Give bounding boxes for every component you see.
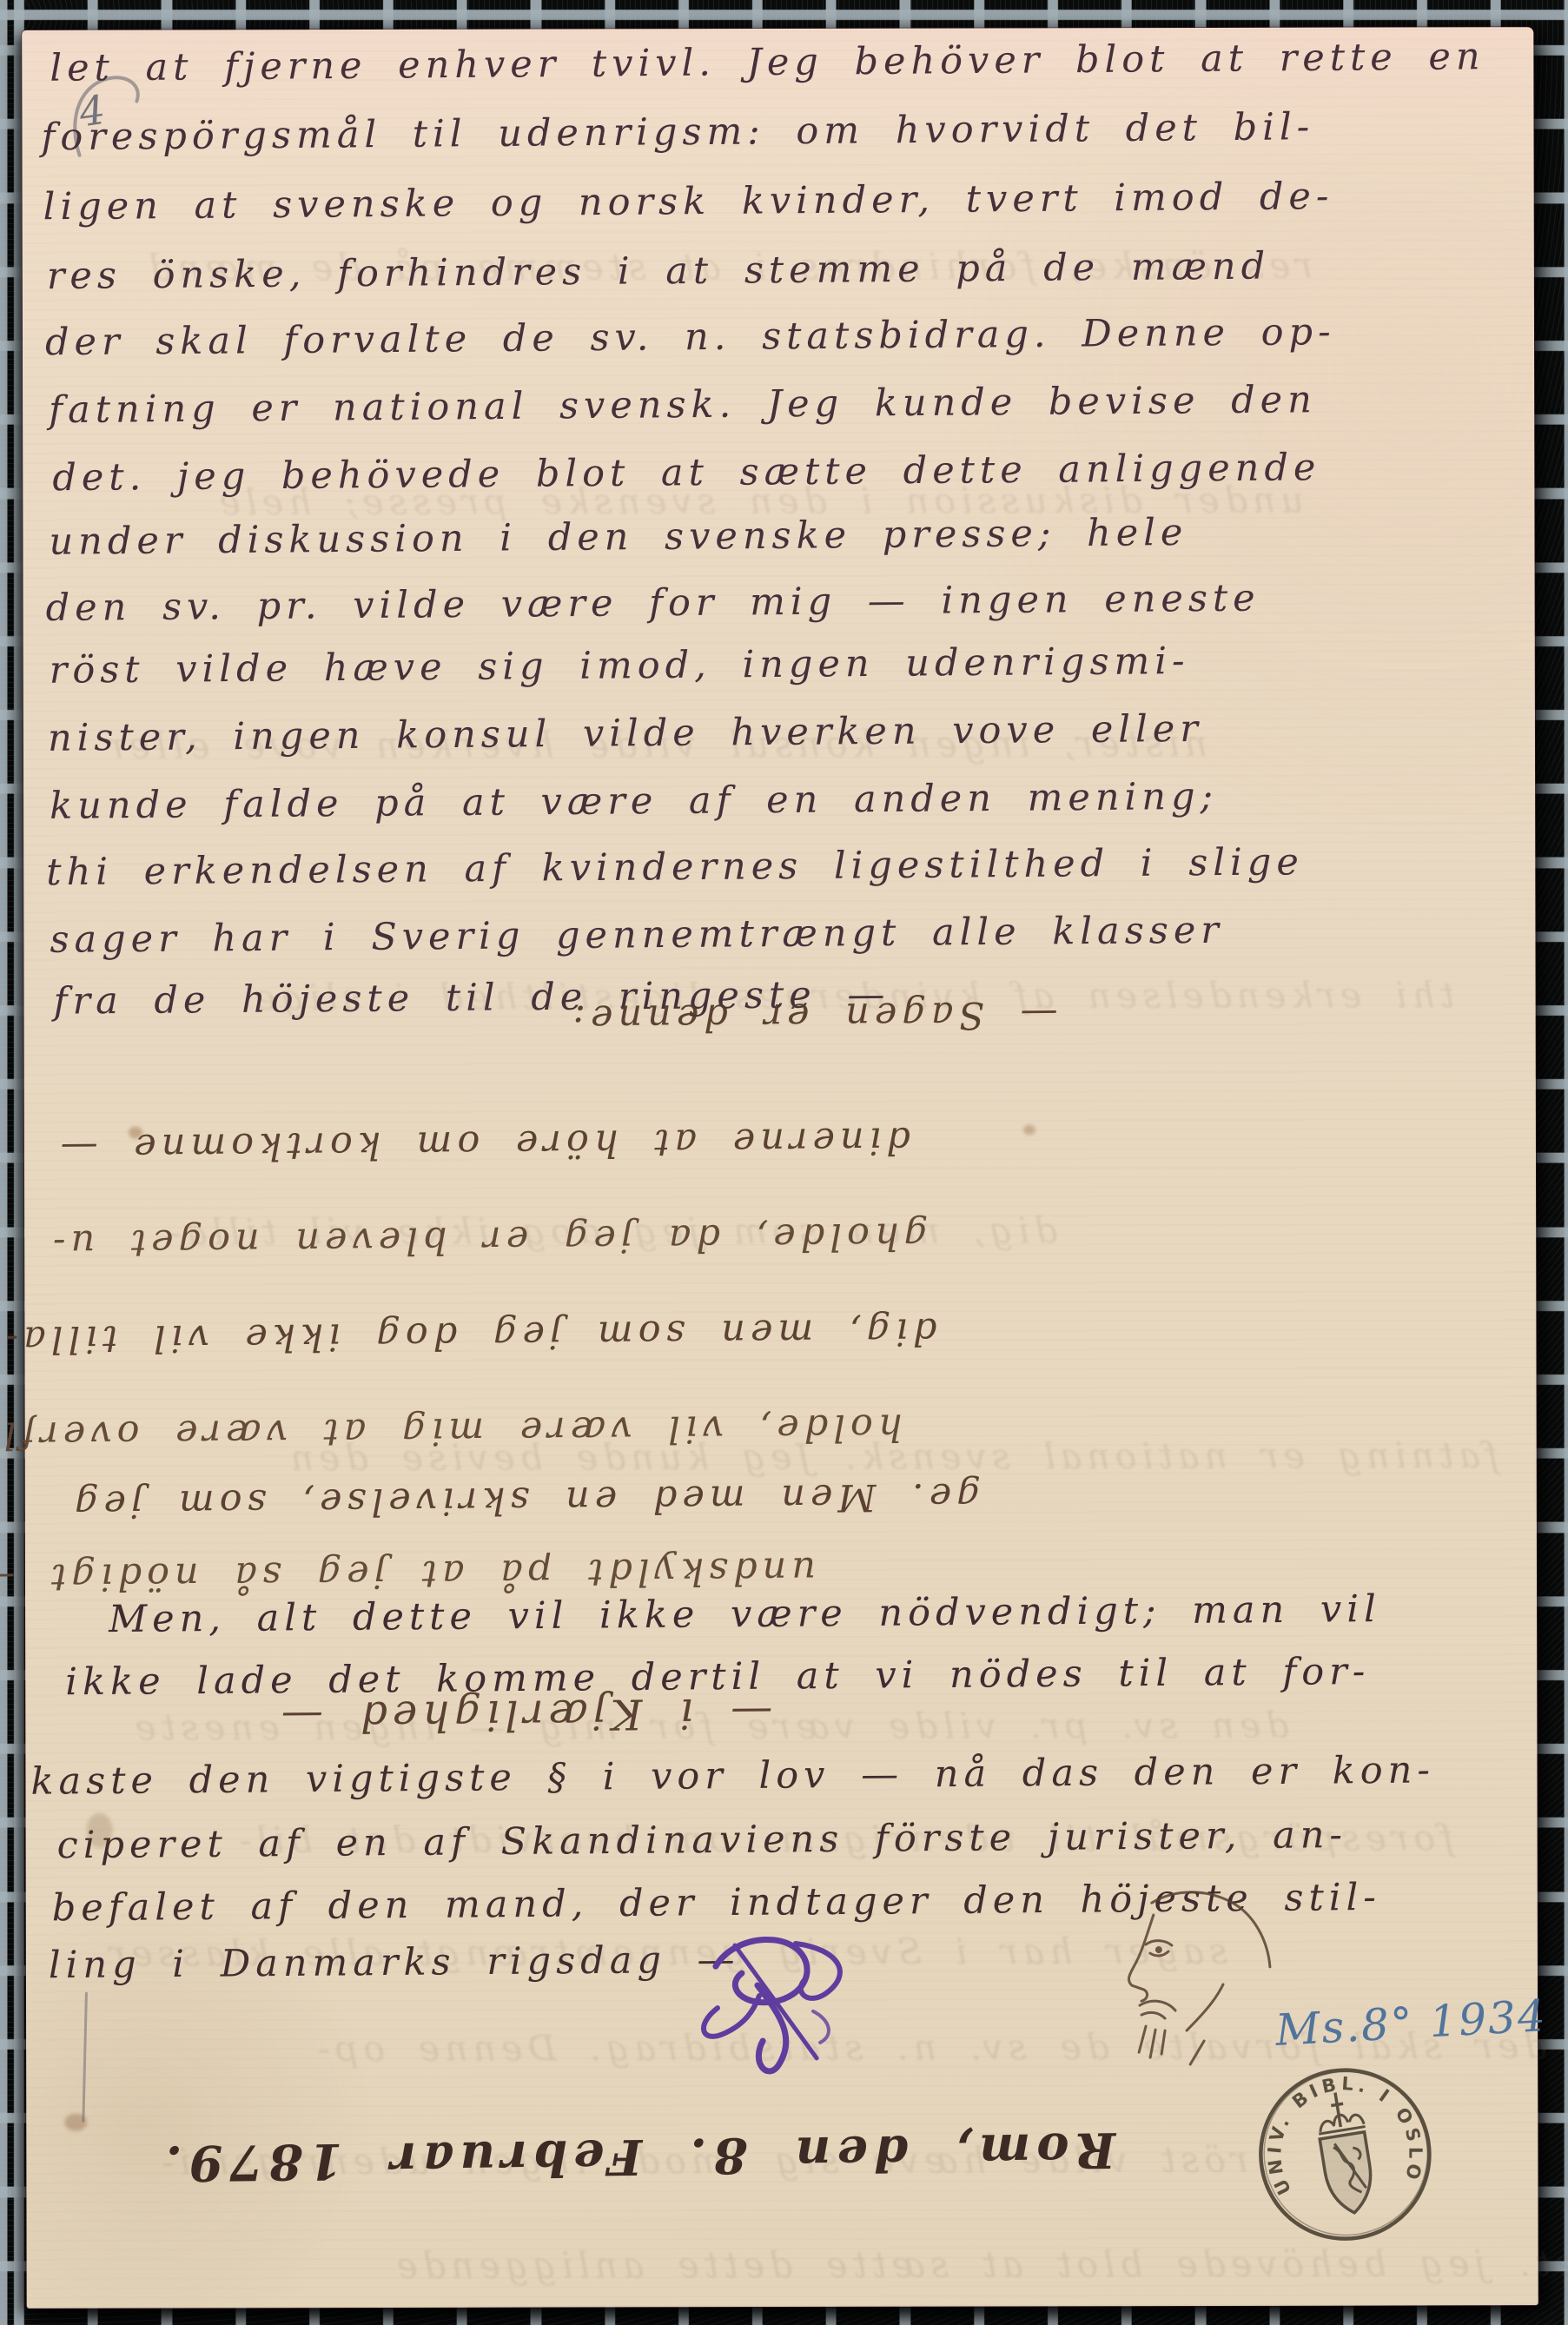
manuscript-line: Men, alt dette vil ikke være nödvendigt;… [109,1587,1381,1641]
manuscript-line: thi erkendelsen af kvindernes ligestilth… [46,840,1304,894]
manuscript-line-flipped: ge. Men med en skrivelse, som jeg [60,1474,981,1527]
manuscript-line: röst vilde hæve sig imod, ingen udenrigs… [50,639,1190,692]
library-stamp: UNIV. BIBL. I OSLO [1249,2058,1440,2249]
manuscript-line: ligen at svenske og norsk kvinder, tvert… [43,175,1333,229]
manuscript-line: sager har i Sverig gennemtrængt alle kla… [50,909,1224,962]
manuscript-line-flipped: dig, men som jeg dog ikke vil tilla- [42,1309,936,1361]
manuscript-line: forespörgsmål til udenrigsm: om hvorvidt… [41,105,1314,159]
manuscript-line: res önske, forhindres i at stemme på de … [47,245,1271,299]
manuscript-line: der skal forvalte de sv. n. statsbidrag.… [45,310,1336,364]
monogram-doodle [685,1928,867,2093]
manuscript-line: kunde falde på at være af en anden menin… [50,775,1218,828]
manuscript-line: let at fjerne enhver tvivl. Jeg behöver … [50,35,1485,90]
manuscript-line-flipped: — i Kjærlighed — [286,1688,772,1741]
ink-stain [87,1813,113,1848]
pencil-stroke [82,1992,88,2123]
ink-stain [64,2114,87,2131]
manuscript-line: under diskussion i den svenske presse; h… [49,511,1188,564]
scanned-letter-page: { "document": { "kind": "handwritten let… [0,0,1568,2325]
ink-stain [1023,1124,1035,1135]
dateline-flipped: Rom, den 8. Februar 1879. [116,2121,1116,2192]
manuscript-line: fatning er national svensk. Jeg kunde be… [49,378,1317,432]
manuscript-line: den sv. pr. vilde være for mig — ingen e… [45,577,1260,630]
manuscript-line-flipped: — Sagen er denne: [493,992,1057,1041]
manuscript-paper: res önske, forhindres i at stemme på de … [22,27,1538,2308]
manuscript-line-flipped: holde, vil være mig at være overflö- [50,1405,902,1456]
manuscript-line-flipped: undskyldt på at jeg så nödigt — [121,1548,816,1598]
manuscript-line-flipped: dinerne at höre om kortkomne — [42,1118,910,1169]
manuscript-line-flipped: gholde, da jeg er bleven noget u- [50,1214,928,1265]
ink-stain [129,1127,142,1139]
manuscript-line: kaste den vigtigste § i vor lov — nå das… [30,1748,1435,1803]
manuscript-line: ling i Danmarks rigsdag — [49,1938,740,1988]
